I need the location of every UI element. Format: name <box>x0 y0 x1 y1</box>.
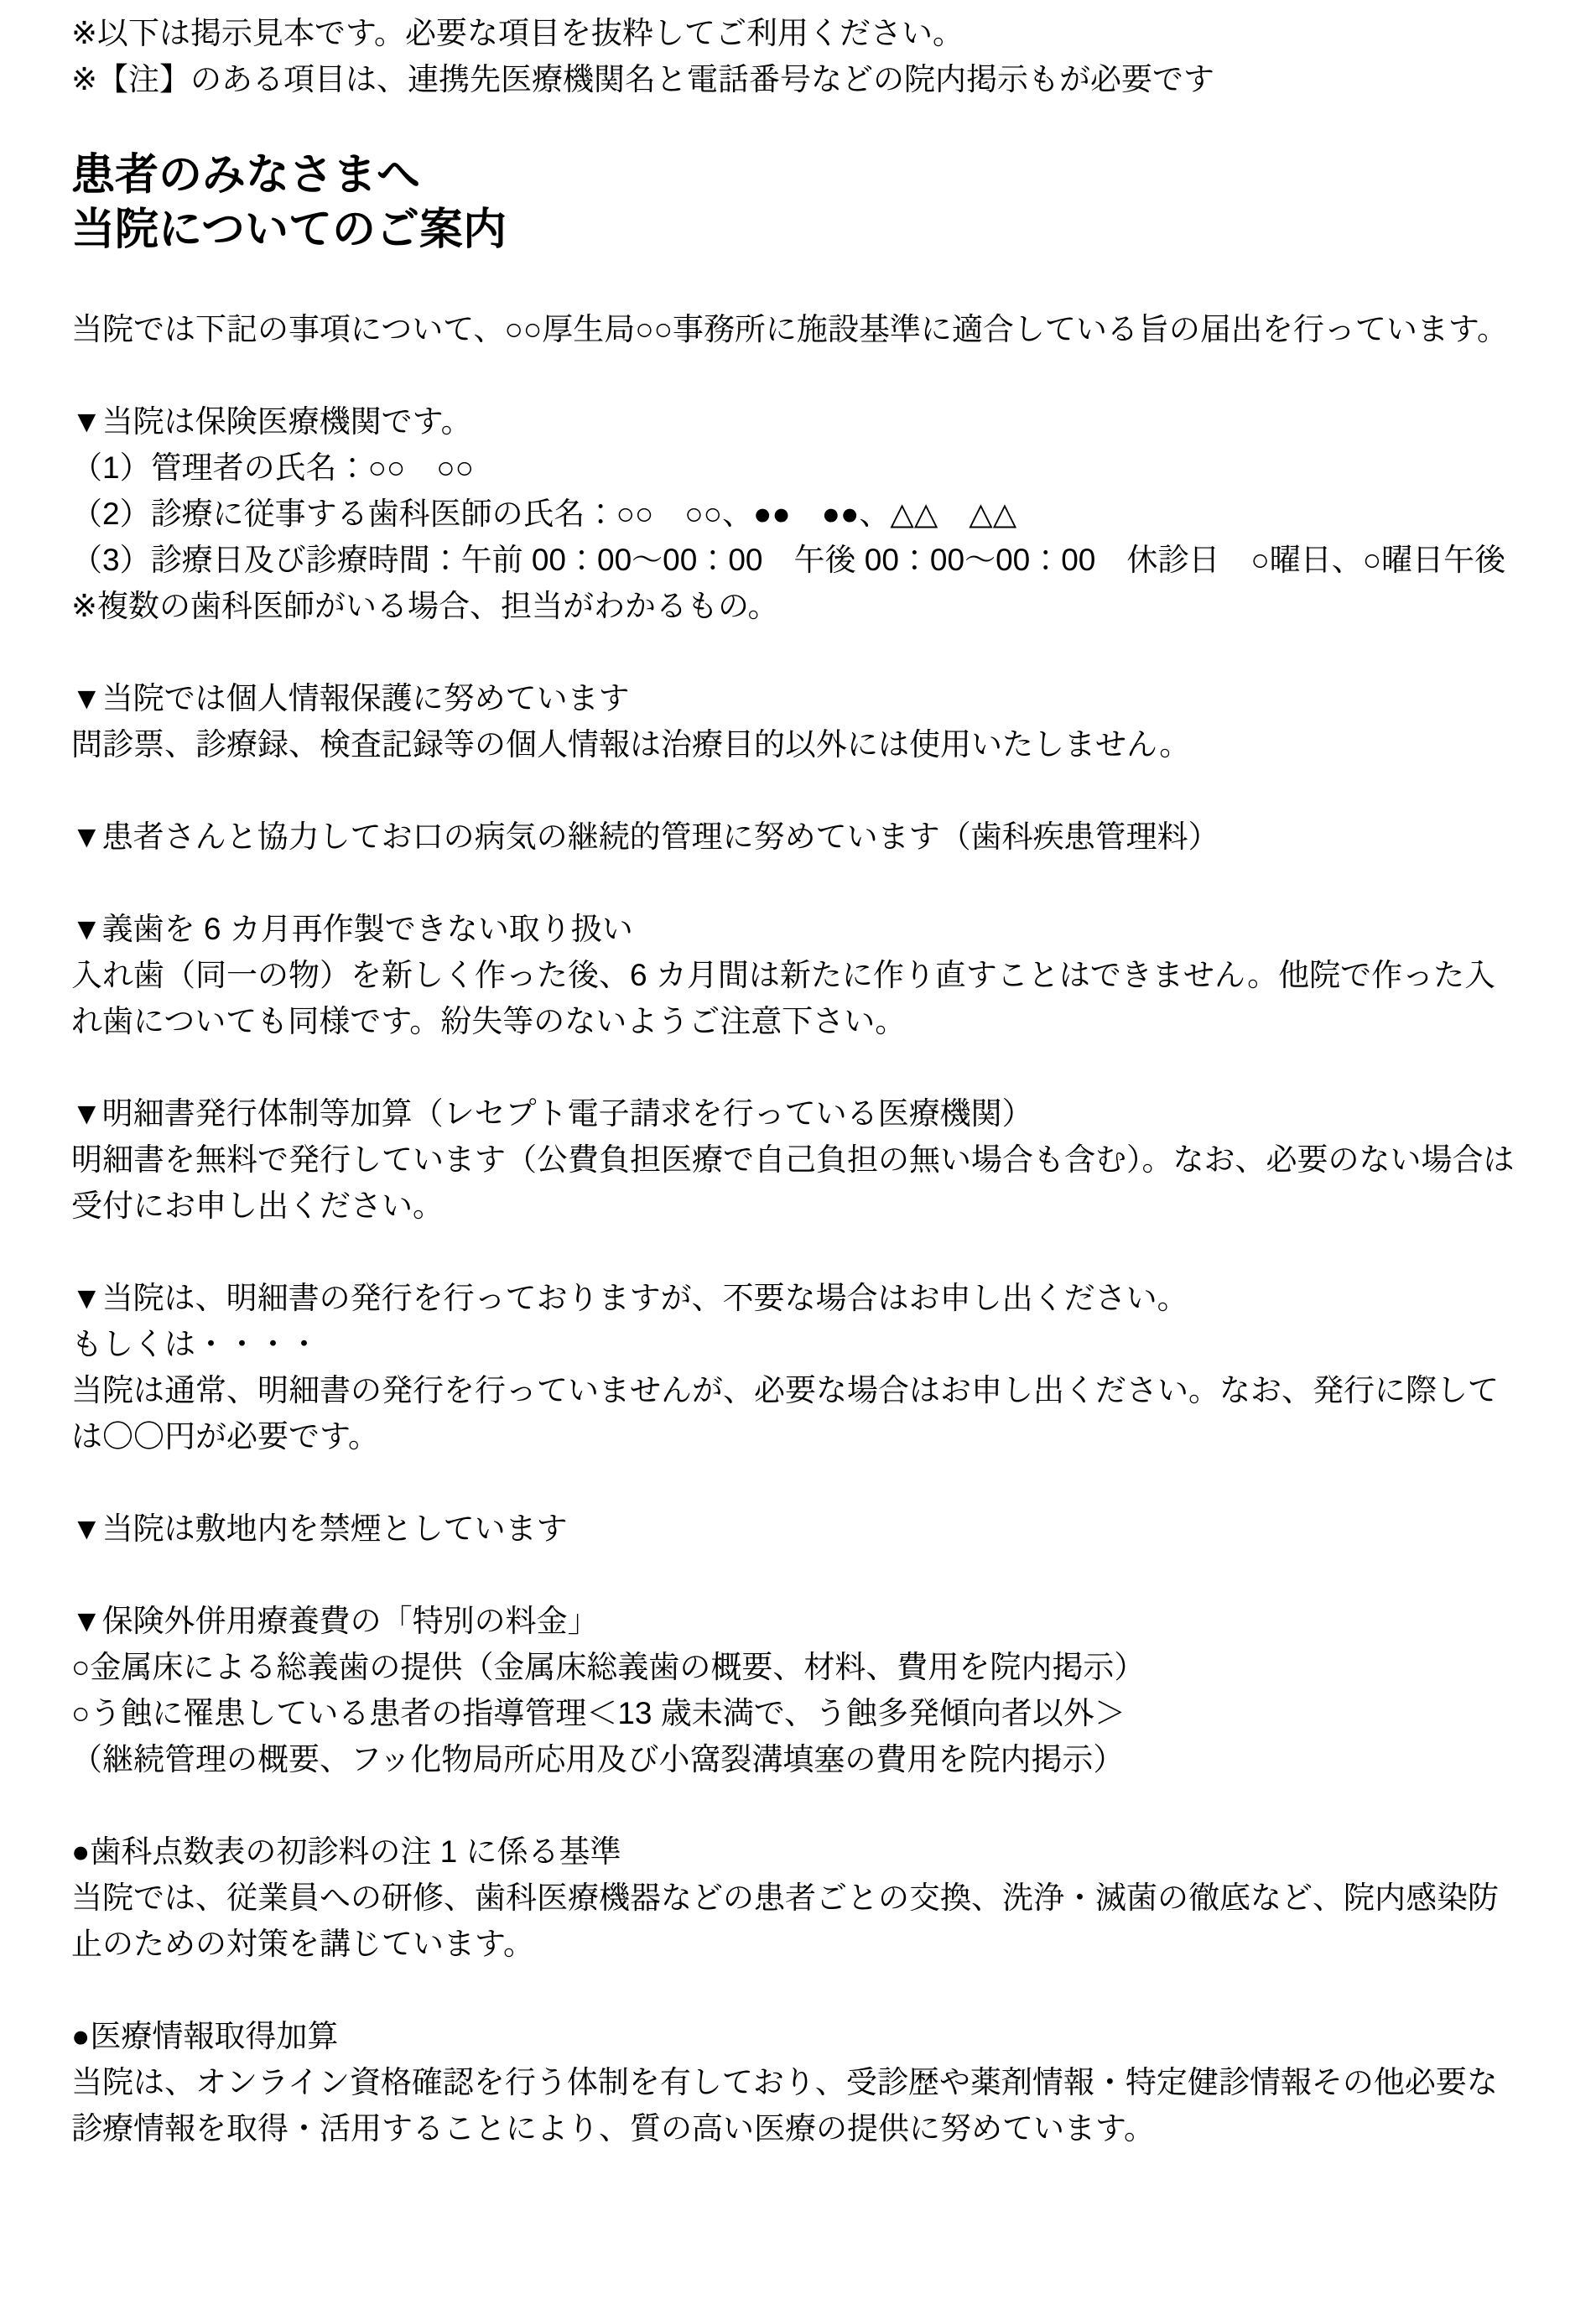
section-line: ○う蝕に罹患している患者の指導管理＜13 歳未満で、う蝕多発傾向者以外＞ <box>71 1690 1522 1736</box>
intro-paragraph-block: 当院では下記の事項について、○○厚生局○○事務所に施設基準に適合している旨の届出… <box>71 306 1522 352</box>
section-denture-six-months: ▼義歯を 6 カ月再作製できない取り扱い 入れ歯（同一の物）を新しく作った後、6… <box>71 906 1522 1044</box>
page-title-line-2: 当院についてのご案内 <box>71 203 1522 258</box>
section-no-smoking: ▼当院は敷地内を禁煙としています <box>71 1506 1522 1552</box>
page-title-line-1: 患者のみなさまへ <box>71 148 1522 203</box>
section-special-fees: ▼保険外併用療養費の「特別の料金」 ○金属床による総義歯の提供（金属床総義歯の概… <box>71 1598 1522 1782</box>
section-heading: ▼明細書発行体制等加算（レセプト電子請求を行っている医療機関） <box>71 1090 1522 1137</box>
section-line: 当院では、従業員への研修、歯科医療機器などの患者ごとの交換、洗浄・滅菌の徹底など… <box>71 1875 1522 1967</box>
section-line: 当院は通常、明細書の発行を行っていませんが、必要な場合はお申し出ください。なお、… <box>71 1367 1522 1459</box>
section-line: 明細書を無料で発行しています（公費負担医療で自己負担の無い場合も含む）。なお、必… <box>71 1137 1522 1229</box>
section-heading: ▼当院は、明細書の発行を行っておりますが、不要な場合はお申し出ください。 <box>71 1275 1522 1321</box>
section-privacy: ▼当院では個人情報保護に努めています 問診票、診療録、検査記録等の個人情報は治療… <box>71 675 1522 767</box>
section-line: ※複数の歯科医師がいる場合、担当がわかるもの。 <box>71 583 1522 629</box>
section-line: 問診票、診療録、検査記録等の個人情報は治療目的以外には使用いたしません。 <box>71 721 1522 767</box>
header-notes: ※以下は掲示見本です。必要な項目を抜粋してご利用ください。 ※【注】のある項目は… <box>71 10 1522 102</box>
section-line: ○金属床による総義歯の提供（金属床総義歯の概要、材料、費用を院内掲示） <box>71 1644 1522 1690</box>
section-line: 当院は、オンライン資格確認を行う体制を有しており、受診歴や薬剤情報・特定健診情報… <box>71 2059 1522 2151</box>
section-heading: ▼当院では個人情報保護に努めています <box>71 675 1522 721</box>
section-itemized-statement-issue: ▼当院は、明細書の発行を行っておりますが、不要な場合はお申し出ください。 もしく… <box>71 1275 1522 1459</box>
section-line: （継続管理の概要、フッ化物局所応用及び小窩裂溝填塞の費用を院内掲示） <box>71 1736 1522 1782</box>
section-line: 入れ歯（同一の物）を新しく作った後、6 カ月間は新たに作り直すことはできません。… <box>71 952 1522 1044</box>
notice-document: ※以下は掲示見本です。必要な項目を抜粋してご利用ください。 ※【注】のある項目は… <box>0 0 1596 2315</box>
section-itemized-statement-addition: ▼明細書発行体制等加算（レセプト電子請求を行っている医療機関） 明細書を無料で発… <box>71 1090 1522 1229</box>
section-heading: ▼義歯を 6 カ月再作製できない取り扱い <box>71 906 1522 952</box>
section-insurance-institution: ▼当院は保険医療機関です。 （1）管理者の氏名：○○ ○○ （2）診療に従事する… <box>71 398 1522 629</box>
section-line: （1）管理者の氏名：○○ ○○ <box>71 445 1522 491</box>
page-title: 患者のみなさまへ 当院についてのご案内 <box>71 148 1522 258</box>
section-infection-control: ●歯科点数表の初診料の注 1 に係る基準 当院では、従業員への研修、歯科医療機器… <box>71 1829 1522 1967</box>
note-line-2: ※【注】のある項目は、連携先医療機関名と電話番号などの院内掲示もが必要です <box>71 56 1522 102</box>
section-heading: ●医療情報取得加算 <box>71 2013 1522 2059</box>
note-line-1: ※以下は掲示見本です。必要な項目を抜粋してご利用ください。 <box>71 10 1522 56</box>
section-heading: ▼当院は敷地内を禁煙としています <box>71 1506 1522 1552</box>
section-heading: ▼患者さんと協力してお口の病気の継続的管理に努めています（歯科疾患管理料） <box>71 814 1522 860</box>
section-line: （2）診療に従事する歯科医師の氏名：○○ ○○、●● ●●、△△ △△ <box>71 491 1522 537</box>
section-line: もしくは・・・・ <box>71 1321 1522 1367</box>
section-heading: ▼当院は保険医療機関です。 <box>71 398 1522 445</box>
section-line: （3）診療日及び診療時間：午前 00：00～00：00 午後 00：00～00：… <box>71 537 1522 583</box>
section-heading: ●歯科点数表の初診料の注 1 に係る基準 <box>71 1829 1522 1875</box>
section-heading: ▼保険外併用療養費の「特別の料金」 <box>71 1598 1522 1644</box>
section-dental-disease-management: ▼患者さんと協力してお口の病気の継続的管理に努めています（歯科疾患管理料） <box>71 814 1522 860</box>
intro-paragraph: 当院では下記の事項について、○○厚生局○○事務所に施設基準に適合している旨の届出… <box>71 306 1522 352</box>
section-medical-info-acquisition: ●医療情報取得加算 当院は、オンライン資格確認を行う体制を有しており、受診歴や薬… <box>71 2013 1522 2151</box>
